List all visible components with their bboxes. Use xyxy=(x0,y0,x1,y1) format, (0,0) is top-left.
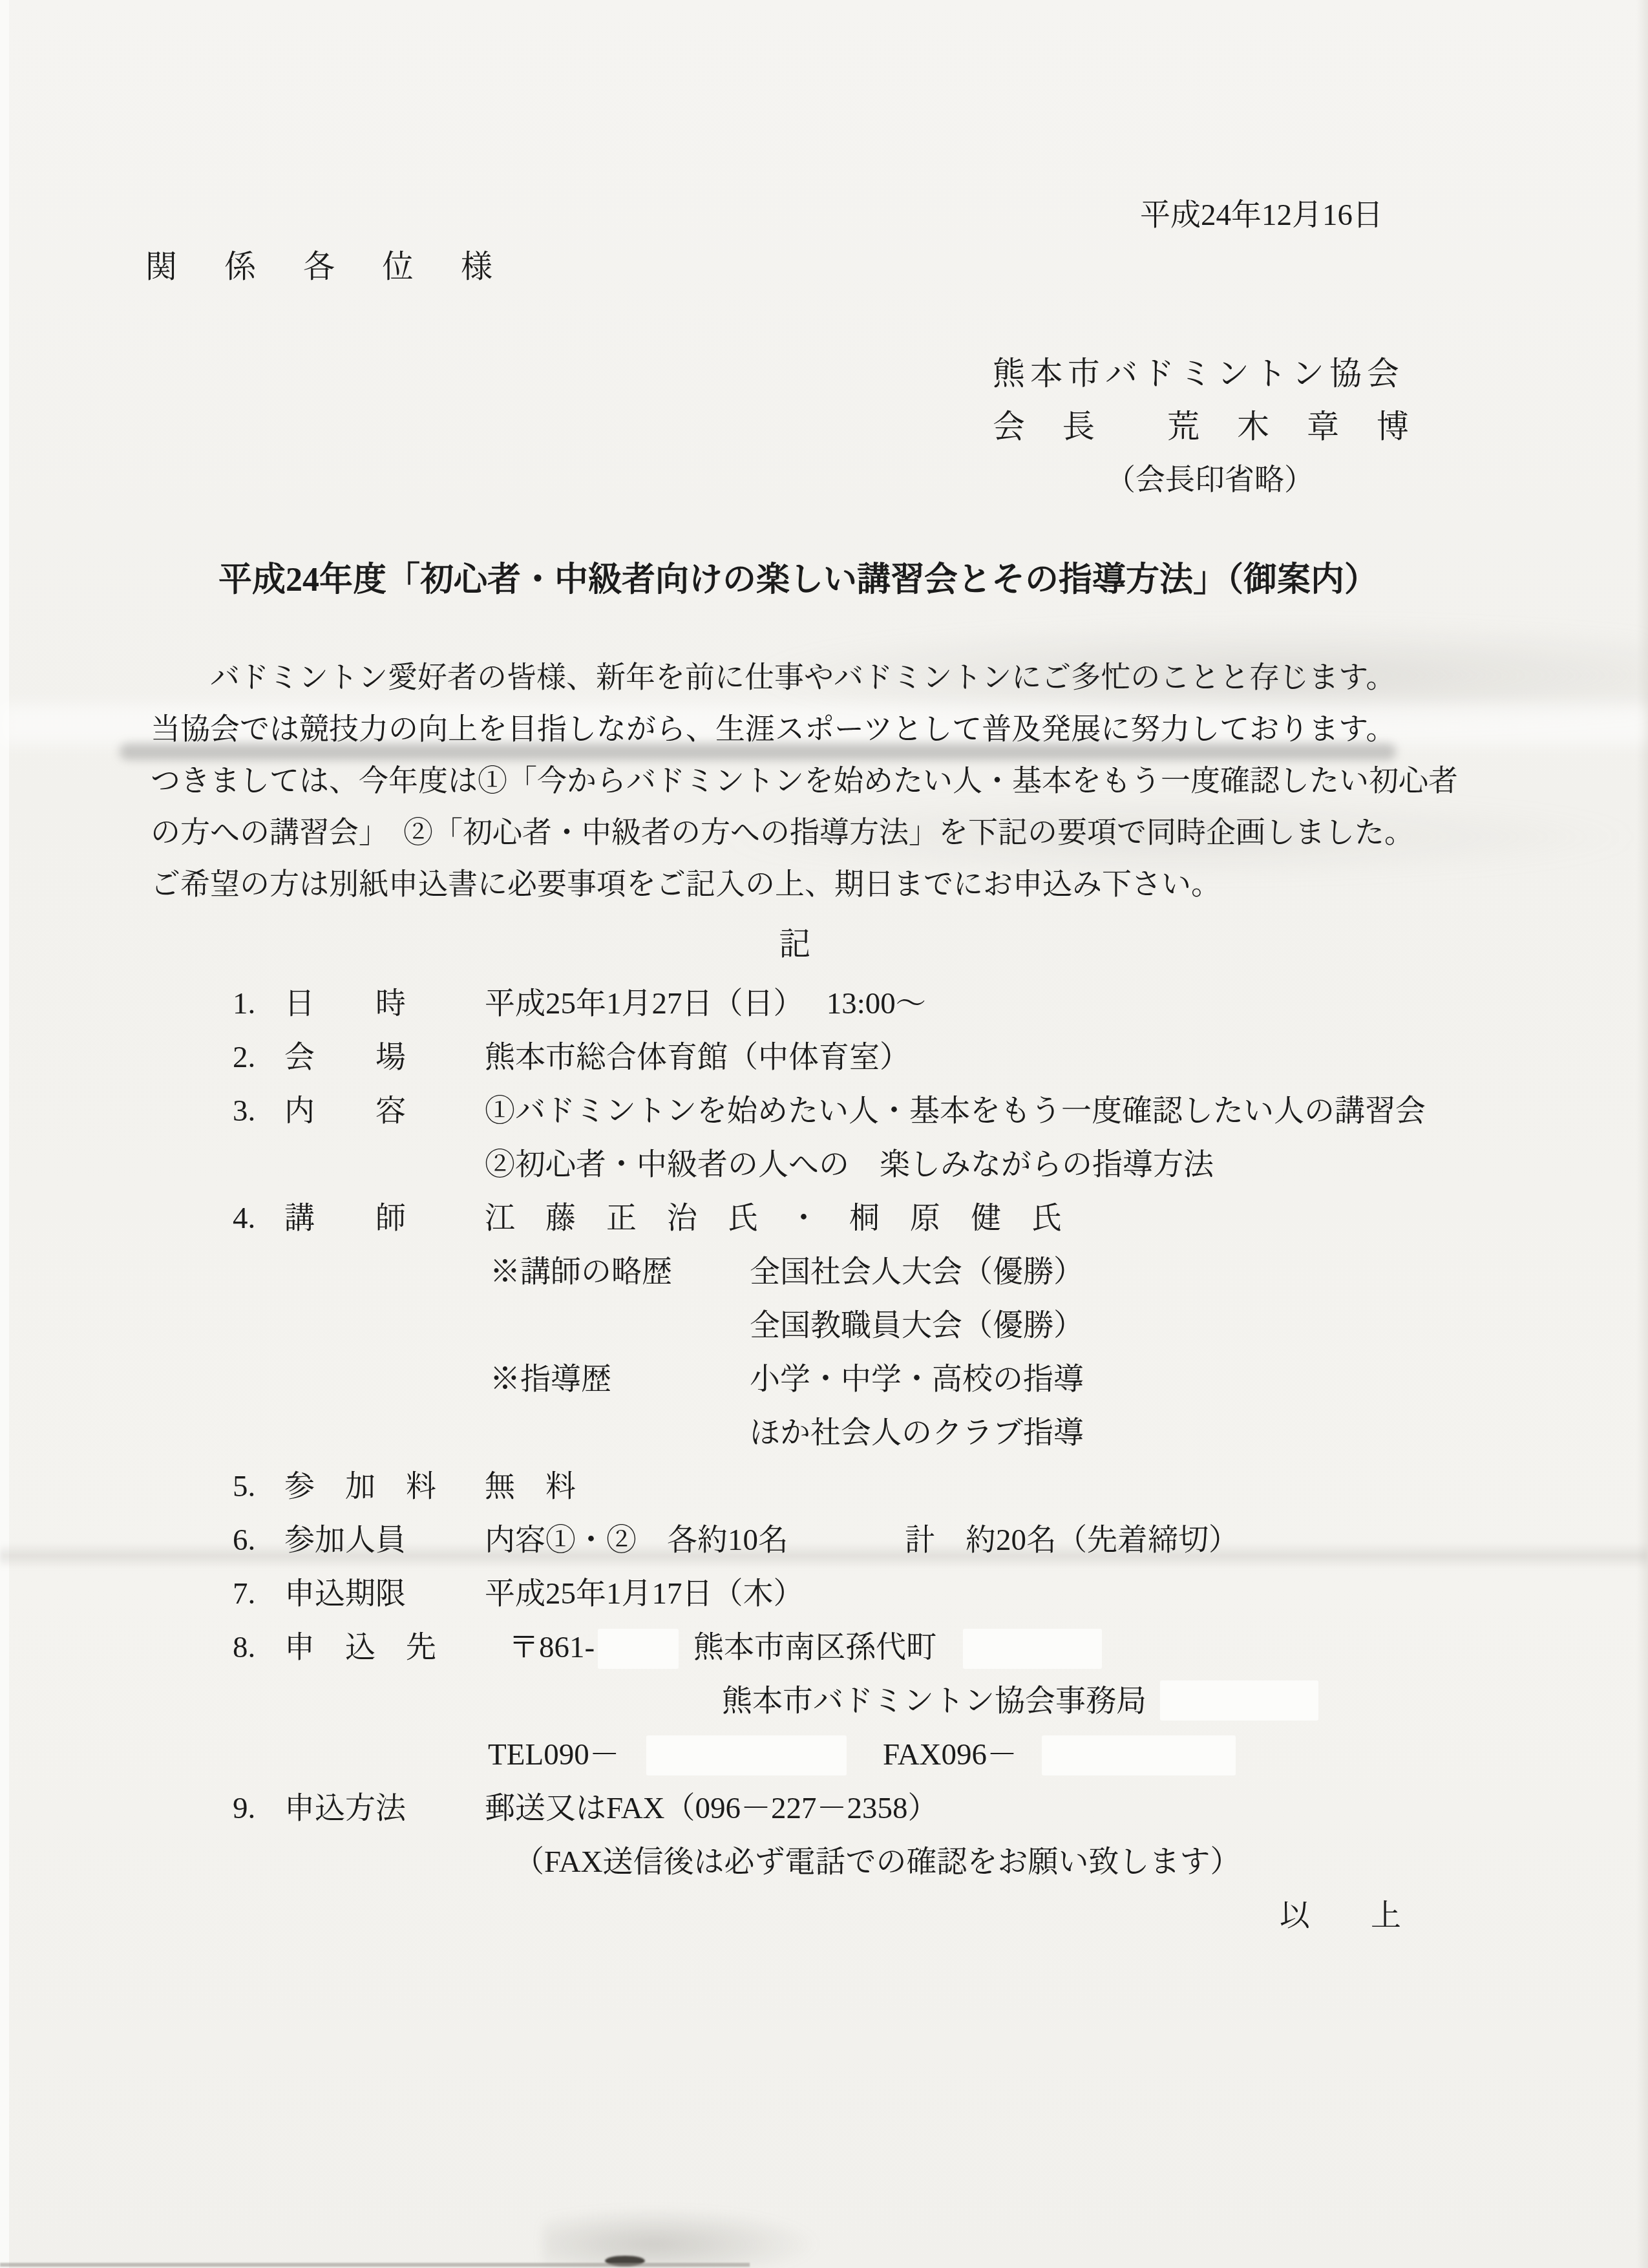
address-city: 熊本市南区孫代町 xyxy=(693,1621,936,1675)
addressee-line: 関 係 各 位 様 xyxy=(145,242,500,287)
item-value: ①バドミントンを始めたい人・基本をもう一度確認したい人の講習会 xyxy=(485,1085,1426,1138)
item-row-instructor-history-2: 全国教職員大会（優勝） xyxy=(0,1299,1648,1353)
item-label: 参加人員 xyxy=(284,1514,406,1567)
item-row-tel-fax: TEL090－ FAX096－ xyxy=(0,1728,1648,1782)
fax-confirmation-note: （FAX送信後は必ず電話での確認をお願い致します） xyxy=(514,1836,1241,1889)
body-line: つきましては、今年度は①「今からバドミントンを始めたい人・基本をもう一度確認した… xyxy=(151,755,1458,807)
item-row-fee: 5. 参 加 料 無 料 xyxy=(0,1460,1648,1514)
item-sublabel: ※講師の略歴 xyxy=(490,1245,672,1299)
item-list: 1. 日 時 平成25年1月27日（日） 13:00～ 2. 会 場 熊本市総合… xyxy=(0,977,1648,1943)
body-paragraph: バドミントン愛好者の皆様、新年を前に仕事やバドミントンにご多忙のことと存じます。… xyxy=(151,652,1458,910)
item-number: 1. xyxy=(233,977,255,1031)
sender-president-name: 会 長 荒 木 章 博 xyxy=(993,401,1411,447)
item-row-instructors: 4. 講 師 江 藤 正 治 氏 ・ 桐 原 健 氏 xyxy=(0,1192,1648,1245)
item-label: 参 加 料 xyxy=(284,1460,436,1514)
item-label: 申 込 先 xyxy=(284,1621,436,1675)
item-row-participants: 6. 参加人員 内容①・② 各約10名 計 約20名（先着締切） xyxy=(0,1514,1648,1567)
closing-row: 以 上 xyxy=(0,1889,1648,1943)
item-label: 会 場 xyxy=(284,1031,406,1085)
item-subvalue: 全国教職員大会（優勝） xyxy=(750,1299,1084,1353)
item-number: 3. xyxy=(233,1085,255,1138)
item-row-application-method: 9. 申込方法 郵送又はFAX（096－227－2358） xyxy=(0,1782,1648,1836)
item-number: 7. xyxy=(233,1567,255,1621)
item-row-contents-1: 3. 内 容 ①バドミントンを始めたい人・基本をもう一度確認したい人の講習会 xyxy=(0,1085,1648,1138)
item-row-coaching-history-2: ほか社会人のクラブ指導 xyxy=(0,1406,1648,1460)
scan-edge-bottom xyxy=(0,2263,750,2267)
document-date: 平成24年12月16日 xyxy=(1140,191,1383,234)
body-line: 当協会では競技力の向上を目指しながら、生涯スポーツとして普及発展に努力しておりま… xyxy=(151,703,1458,755)
item-value: 無 料 xyxy=(485,1460,576,1514)
sender-organization: 熊本市バドミントン協会 xyxy=(993,348,1404,394)
body-line: ご希望の方は別紙申込書に必要事項をご記入の上、期日までにお申込み下さい。 xyxy=(151,858,1458,910)
item-number: 6. xyxy=(233,1514,255,1567)
item-label: 申込期限 xyxy=(284,1567,406,1621)
scanned-letter-page: 平成24年12月16日 関 係 各 位 様 熊本市バドミントン協会 会 長 荒 … xyxy=(0,0,1648,2268)
item-row-venue: 2. 会 場 熊本市総合体育館（中体育室） xyxy=(0,1031,1648,1085)
item-value: 平成25年1月27日（日） 13:00～ xyxy=(485,977,926,1031)
item-label: 申込方法 xyxy=(284,1782,406,1836)
item-number: 5. xyxy=(233,1460,255,1514)
item-value: 熊本市総合体育館（中体育室） xyxy=(485,1031,910,1085)
tel-number: TEL090－ xyxy=(488,1728,620,1782)
item-label: 内 容 xyxy=(284,1085,406,1138)
body-line: バドミントン愛好者の皆様、新年を前に仕事やバドミントンにご多忙のことと存じます。 xyxy=(151,652,1458,703)
document-title: 平成24年度「初心者・中級者向けの楽しい講習会とその指導方法」（御案内） xyxy=(0,552,1596,600)
item-number: 4. xyxy=(233,1192,255,1245)
item-subvalue: ほか社会人のクラブ指導 xyxy=(750,1406,1084,1460)
item-subvalue: 小学・中学・高校の指導 xyxy=(750,1353,1084,1406)
item-value: ②初心者・中級者の人への 楽しみながらの指導方法 xyxy=(485,1138,1214,1192)
bottom-smudge xyxy=(543,2207,821,2268)
closing-marker: 以 上 xyxy=(1280,1889,1401,1943)
item-value: 郵送又はFAX（096－227－2358） xyxy=(485,1782,938,1836)
item-value: 平成25年1月17日（木） xyxy=(485,1567,804,1621)
item-row-instructor-history-1: ※講師の略歴 全国社会人大会（優勝） xyxy=(0,1245,1648,1299)
item-sublabel: ※指導歴 xyxy=(490,1353,611,1406)
postal-code: 〒861- xyxy=(509,1621,595,1675)
item-row-coaching-history-1: ※指導歴 小学・中学・高校の指導 xyxy=(0,1353,1648,1406)
body-line: の方への講習会」 ②「初心者・中級者の方への指導方法」を下記の要項で同時企画しま… xyxy=(151,807,1458,858)
item-row-fax-note: （FAX送信後は必ず電話での確認をお願い致します） xyxy=(0,1836,1648,1889)
item-row-application-address: 8. 申 込 先 〒861- 熊本市南区孫代町 xyxy=(0,1621,1648,1675)
item-number: 9. xyxy=(233,1782,255,1836)
item-value: 江 藤 正 治 氏 ・ 桐 原 健 氏 xyxy=(485,1192,1062,1245)
seal-omission-note: （会長印省略） xyxy=(1106,456,1314,498)
item-number: 8. xyxy=(233,1621,255,1675)
item-row-deadline: 7. 申込期限 平成25年1月17日（木） xyxy=(0,1567,1648,1621)
item-row-datetime: 1. 日 時 平成25年1月27日（日） 13:00～ xyxy=(0,977,1648,1031)
item-value-total: 計 約20名（先着締切） xyxy=(905,1514,1239,1567)
item-row-contents-2: ②初心者・中級者の人への 楽しみながらの指導方法 xyxy=(0,1138,1648,1192)
item-number: 2. xyxy=(233,1031,255,1085)
item-label: 講 師 xyxy=(284,1192,406,1245)
office-name: 熊本市バドミントン協会事務局 xyxy=(722,1675,1146,1728)
record-marker: 記 xyxy=(0,919,1590,964)
fax-number: FAX096－ xyxy=(883,1728,1017,1782)
item-label: 日 時 xyxy=(284,977,406,1031)
item-row-application-office: 熊本市バドミントン協会事務局 xyxy=(0,1675,1648,1728)
item-subvalue: 全国社会人大会（優勝） xyxy=(750,1245,1084,1299)
item-value: 内容①・② 各約10名 xyxy=(485,1514,788,1567)
